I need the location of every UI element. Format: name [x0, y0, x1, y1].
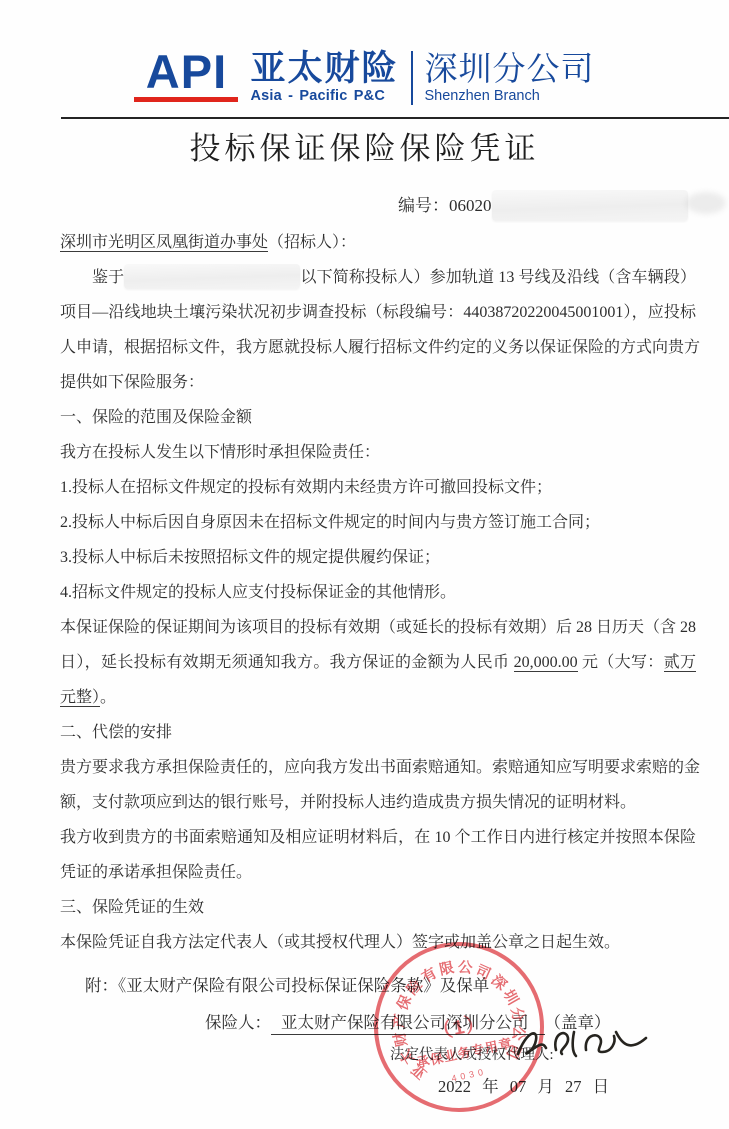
body-text: 20,000.00	[514, 654, 578, 672]
body-text: 1.投标人在招标文件规定的投标有效期内未经贵方许可撤回投标文件；	[60, 479, 552, 496]
body-line: 4.招标文件规定的投标人应支付投标保证金的其他情形。	[60, 575, 696, 610]
body-text: 我方收到贵方的书面索赔通知及相应证明材料后，在 10 个工作日内进行核定并按照本…	[60, 829, 696, 846]
company-name-en: Asia - Pacific P&C	[250, 88, 385, 104]
body-text: 鉴于	[92, 269, 124, 286]
body-line: 我方在投标人发生以下情形时承担保险责任：	[60, 435, 696, 470]
body-text: （招标人）：	[268, 234, 356, 251]
branch-name-block: 深圳分公司 Shenzhen Branch	[425, 50, 595, 104]
body-text: 3.投标人中标后未按照招标文件的规定提供履约保证；	[60, 549, 440, 566]
body-line: 3.投标人中标后未按照招标文件的规定提供履约保证；	[60, 540, 696, 575]
header-divider-line	[61, 117, 729, 119]
body-line: 人申请，根据招标文件，我方愿就投标人履行招标文件约定的义务以保证保险的方式向贵方	[60, 330, 696, 365]
document-title: 投标保证保险保险凭证	[0, 123, 729, 168]
document-body: 深圳市光明区凤凰街道办事处（招标人）：鉴于以下简称投标人）参加轨道 13 号线及…	[60, 225, 696, 960]
body-line: 一、保险的范围及保险金额	[60, 400, 696, 435]
body-text: 二、代偿的安排	[60, 724, 172, 741]
body-text: 以下简称投标人）参加轨道 13 号线及沿线（含车辆段）	[300, 269, 696, 286]
body-text: 贰万	[664, 654, 696, 672]
body-line: 二、代偿的安排	[60, 715, 696, 750]
body-text: 本保证保险的保证期间为该项目的投标有效期（或延长的投标有效期）后 28 日历天（…	[60, 619, 696, 636]
body-text: 4.招标文件规定的投标人应支付投标保证金的其他情形。	[60, 584, 456, 601]
insurer-label: 保险人：	[205, 1013, 271, 1032]
body-line: 我方收到贵方的书面索赔通知及相应证明材料后，在 10 个工作日内进行核定并按照本…	[60, 820, 696, 855]
body-line: 额，支付款项应到达的银行账号，并附投标人违约造成贵方损失情况的证明材料。	[60, 785, 696, 820]
api-logo-text: API	[146, 50, 227, 94]
scanned-insurance-certificate: API 亚太财险 Asia - Pacific P&C 深圳分公司 Shenzh…	[0, 0, 729, 1129]
logo-divider	[411, 51, 413, 105]
body-line: 项目—沿线地块土壤污染状况初步调查投标（标段编号：440387202200450…	[60, 295, 696, 330]
api-logo-underline	[134, 97, 238, 102]
body-text: 提供如下保险服务：	[60, 374, 204, 391]
body-text: 元（大写：	[578, 654, 664, 671]
body-line: 元整）。	[60, 680, 696, 715]
document-number-label: 编号：	[398, 196, 449, 215]
body-line: 三、保险凭证的生效	[60, 890, 696, 925]
attachment-note: 附：《亚太财产保险有限公司投标保证保险条款》及保单	[85, 972, 489, 996]
body-text: 凭证的承诺承担保险责任。	[60, 864, 252, 881]
body-line: 贵方要求我方承担保险责任的，应向我方发出书面索赔通知。索赔通知应写明要求索赔的金	[60, 750, 696, 785]
insurer-name: 亚太财产保险有限公司深圳分公司	[271, 1013, 545, 1035]
body-line: 鉴于以下简称投标人）参加轨道 13 号线及沿线（含车辆段）	[60, 260, 696, 295]
body-text: 三、保险凭证的生效	[60, 899, 204, 916]
body-line: 本保险凭证自我方法定代表人（或其授权代理人）签字或加盖公章之日起生效。	[60, 925, 696, 960]
document-number-value: 06020	[449, 196, 492, 215]
handwritten-signature	[512, 1022, 652, 1070]
redaction-box	[124, 264, 300, 289]
body-line: 提供如下保险服务：	[60, 365, 696, 400]
body-text: 。	[100, 689, 116, 706]
api-logo: API	[134, 50, 238, 102]
seal-ring-char: 圳	[500, 984, 525, 1009]
body-line: 1.投标人在招标文件规定的投标有效期内未经贵方许可撤回投标文件；	[60, 470, 696, 505]
body-line: 2.投标人中标后因自身原因未在招标文件规定的时间内与贵方签订施工合同；	[60, 505, 696, 540]
body-text: 我方在投标人发生以下情形时承担保险责任：	[60, 444, 380, 461]
body-text: 深圳市光明区凤凰街道办事处	[60, 234, 268, 252]
body-text: 日），延长投标有效期无须通知我方。我方保证的金额为人民币	[60, 654, 514, 671]
body-line: 深圳市光明区凤凰街道办事处（招标人）：	[60, 225, 696, 260]
branch-name-en: Shenzhen Branch	[425, 88, 540, 104]
body-text: 一、保险的范围及保险金额	[60, 409, 252, 426]
body-text: 贵方要求我方承担保险责任的，应向我方发出书面索赔通知。索赔通知应写明要求索赔的金	[60, 759, 700, 776]
body-line: 凭证的承诺承担保险责任。	[60, 855, 696, 890]
body-text: 2.投标人中标后因自身原因未在招标文件规定的时间内与贵方签订施工合同；	[60, 514, 600, 531]
company-logo: API 亚太财险 Asia - Pacific P&C 深圳分公司 Shenzh…	[0, 50, 729, 105]
branch-name-cn: 深圳分公司	[425, 50, 595, 88]
redaction-box	[492, 190, 688, 221]
body-text: 项目—沿线地块土壤污染状况初步调查投标（标段编号：440387202200450…	[60, 304, 696, 321]
document-number: 编号：06020	[398, 190, 688, 221]
body-line: 日），延长投标有效期无须通知我方。我方保证的金额为人民币 20,000.00 元…	[60, 645, 696, 680]
body-text: 额，支付款项应到达的银行账号，并附投标人违约造成贵方损失情况的证明材料。	[60, 794, 636, 811]
body-text: 人申请，根据招标文件，我方愿就投标人履行招标文件约定的义务以保证保险的方式向贵方	[60, 339, 700, 356]
seal-ring-char: 深	[487, 969, 512, 994]
company-name-block: 亚太财险 Asia - Pacific P&C	[250, 50, 398, 104]
company-name-cn: 亚太财险	[250, 50, 398, 88]
issue-date: 2022 年 07 月 27 日	[438, 1073, 609, 1097]
scan-smudge	[686, 192, 726, 214]
body-text: 元整）	[60, 689, 100, 707]
body-line: 本保证保险的保证期间为该项目的投标有效期（或延长的投标有效期）后 28 日历天（…	[60, 610, 696, 645]
body-text: 本保险凭证自我方法定代表人（或其授权代理人）签字或加盖公章之日起生效。	[60, 934, 620, 951]
